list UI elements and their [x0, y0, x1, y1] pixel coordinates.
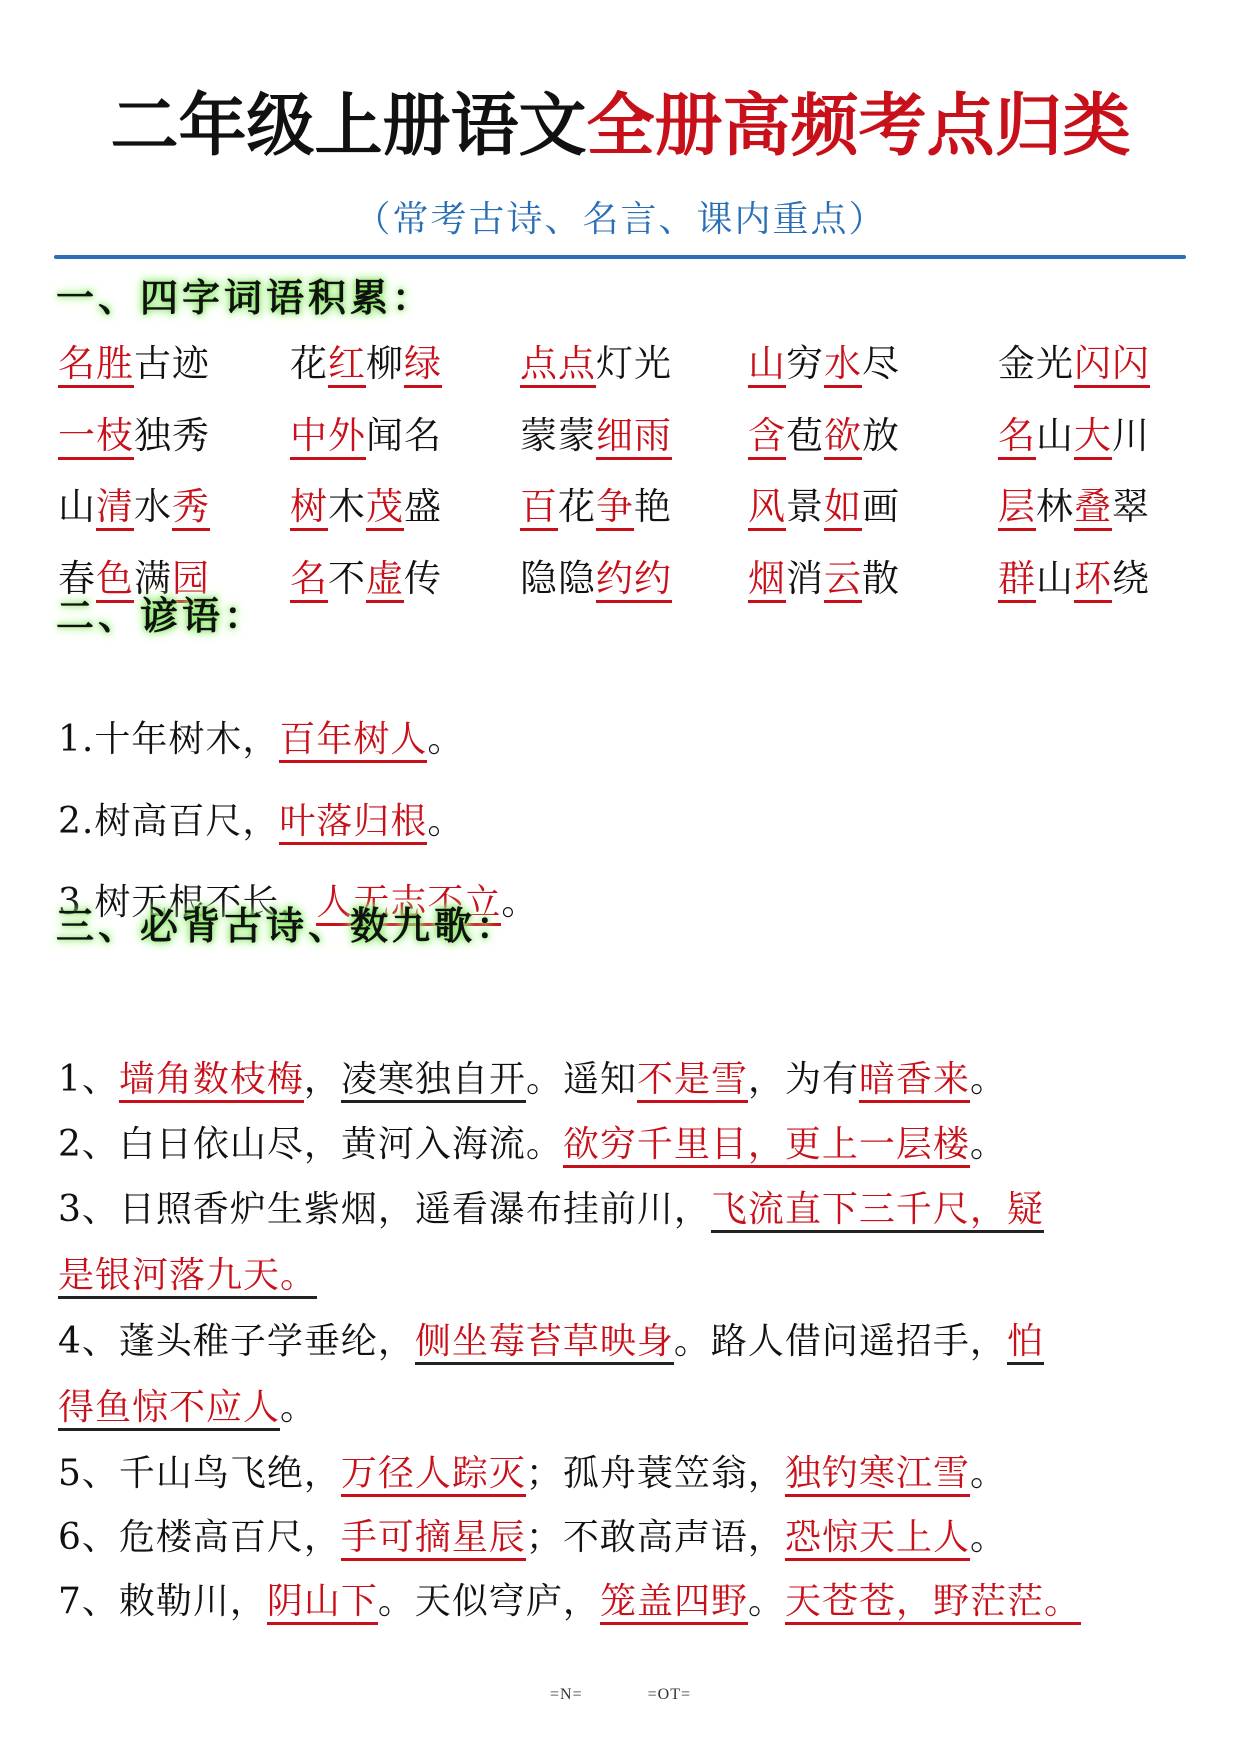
proverb-text: 。 — [427, 719, 464, 760]
idiom-text: 艳 — [634, 485, 672, 528]
idiom-item: 名不虚传 — [290, 549, 442, 609]
idiom-text: 画 — [862, 485, 900, 528]
idiom-text: 山 — [1036, 557, 1074, 600]
idiom-highlight: 虚 — [366, 557, 404, 603]
poem-highlight: 侧坐莓苔草映身 — [415, 1321, 674, 1365]
section-heading-proverbs: 二、谚语： — [56, 588, 266, 644]
idiom-text: 放 — [862, 414, 900, 457]
proverb-text: 。 — [427, 801, 464, 842]
idiom-highlight: 绿 — [404, 342, 442, 388]
idiom-highlight: 中外 — [290, 414, 366, 460]
poem-text: 7、敕勒川， — [58, 1581, 267, 1622]
idiom-highlight: 争 — [596, 485, 634, 531]
poem-text: 。 — [748, 1581, 785, 1622]
idiom-highlight: 群 — [998, 557, 1036, 603]
idiom-highlight: 如 — [824, 485, 862, 531]
poem-text: 。 — [280, 1387, 317, 1428]
poem-highlight: 阴山下 — [267, 1581, 378, 1625]
idiom-item: 风景如画 — [748, 477, 900, 537]
idiom-text: 尽 — [862, 342, 900, 385]
idiom-highlight: 名 — [290, 557, 328, 603]
idiom-item: 树木茂盛 — [290, 477, 442, 537]
poem-text: 。 — [970, 1517, 1007, 1558]
idiom-item: 含苞欲放 — [748, 406, 900, 466]
poem-text: ， — [304, 1059, 341, 1100]
poem-highlight: 不是雪 — [637, 1059, 748, 1103]
poem-line: 是银河落九天。 — [58, 1246, 317, 1306]
idiom-highlight: 秀 — [172, 485, 210, 531]
proverb-item: 1.十年树木，百年树人。 — [58, 710, 464, 770]
idiom-text: 不 — [328, 557, 366, 600]
idiom-text: 花 — [558, 485, 596, 528]
poem-line: 5、千山鸟飞绝，万径人踪灭；孤舟蓑笠翁，独钓寒江雪。 — [58, 1444, 1007, 1504]
title-black-part: 二年级上册语文 — [110, 87, 586, 166]
idiom-highlight: 细雨 — [596, 414, 672, 460]
poem-highlight: 独钓寒江雪 — [785, 1453, 970, 1497]
idiom-highlight: 欲 — [824, 414, 862, 460]
poem-text: 。遥知 — [526, 1059, 637, 1100]
idiom-item: 烟消云散 — [748, 549, 900, 609]
proverb-text: 2.树高百尺， — [58, 801, 279, 842]
poem-text: 。天似穹庐， — [378, 1581, 600, 1622]
poem-highlight: 凌寒独自开 — [341, 1059, 526, 1103]
poem-text: 。 — [970, 1059, 1007, 1100]
poem-text: ；孤舟蓑笠翁， — [526, 1453, 785, 1494]
idiom-text: 金光 — [998, 342, 1074, 385]
idiom-text: 消 — [786, 557, 824, 600]
poem-line: 3、日照香炉生紫烟，遥看瀑布挂前川，飞流直下三千尺，疑 — [58, 1180, 1044, 1240]
poem-highlight: 万径人踪灭 — [341, 1453, 526, 1497]
poem-highlight: 暗香来 — [859, 1059, 970, 1103]
idiom-text: 山 — [58, 485, 96, 528]
idiom-highlight: 大 — [1074, 414, 1112, 460]
idiom-item: 山清水秀 — [58, 477, 210, 537]
poem-highlight: 手可摘星辰 — [341, 1517, 526, 1561]
idiom-highlight: 云 — [824, 557, 862, 603]
section-heading-idioms: 一、四字词语积累： — [56, 270, 434, 326]
idiom-item: 点点灯光 — [520, 334, 672, 394]
idiom-text: 独秀 — [134, 414, 210, 457]
idiom-highlight: 百 — [520, 485, 558, 531]
poem-highlight: 欲穷千里目，更上一层楼 — [563, 1124, 970, 1168]
idiom-text: 盛 — [404, 485, 442, 528]
title-red-part: 全册高频考点归类 — [587, 87, 1131, 166]
poem-highlight: 恐惊天上人 — [785, 1517, 970, 1561]
idiom-highlight: 名 — [998, 414, 1036, 460]
idiom-text: 柳 — [366, 342, 404, 385]
idiom-item: 名胜古迹 — [58, 334, 210, 394]
poem-text: 5、千山鸟飞绝， — [58, 1453, 341, 1494]
page-footer: =N= =OT= — [0, 1686, 1241, 1704]
poem-line: 得鱼惊不应人。 — [58, 1378, 317, 1438]
idiom-text: 穷 — [786, 342, 824, 385]
idiom-text: 隐隐 — [520, 557, 596, 600]
poem-text: 2、白日依山尽，黄河入海流。 — [58, 1124, 563, 1165]
idiom-highlight: 环 — [1074, 557, 1112, 603]
page-title: 二年级上册语文全册高频考点归类 — [0, 82, 1241, 172]
poem-text: 。 — [970, 1453, 1007, 1494]
idiom-highlight: 烟 — [748, 557, 786, 603]
idiom-item: 隐隐约约 — [520, 549, 672, 609]
idiom-item: 层林叠翠 — [998, 477, 1150, 537]
idiom-item: 名山大川 — [998, 406, 1150, 466]
poem-text: 。路人借问遥招手， — [674, 1321, 1007, 1362]
poem-highlight: 飞流直下三千尺，疑 — [711, 1189, 1044, 1233]
poem-text: 6、危楼高百尺， — [58, 1517, 341, 1558]
poem-text: ；不敢高声语， — [526, 1517, 785, 1558]
proverb-highlight: 叶落归根 — [279, 801, 427, 845]
idiom-item: 花红柳绿 — [290, 334, 442, 394]
idiom-item: 蒙蒙细雨 — [520, 406, 672, 466]
idiom-text: 林 — [1036, 485, 1074, 528]
section-heading-poems: 三、必背古诗、数九歌： — [56, 898, 518, 954]
idiom-text: 川 — [1112, 414, 1150, 457]
subtitle: （常考古诗、名言、课内重点） — [0, 190, 1241, 250]
idiom-highlight: 含 — [748, 414, 786, 460]
idiom-highlight: 茂 — [366, 485, 404, 531]
idiom-text: 翠 — [1112, 485, 1150, 528]
idiom-text: 古迹 — [134, 342, 210, 385]
poem-line: 2、白日依山尽，黄河入海流。欲穷千里目，更上一层楼。 — [58, 1115, 1007, 1175]
idiom-item: 群山环绕 — [998, 549, 1150, 609]
proverb-text: 1.十年树木， — [58, 719, 279, 760]
poem-text: 4、蓬头稚子学垂纶， — [58, 1321, 415, 1362]
idiom-text: 传 — [404, 557, 442, 600]
idiom-item: 山穷水尽 — [748, 334, 900, 394]
idiom-highlight: 红 — [328, 342, 366, 388]
poem-highlight: 是银河落九天。 — [58, 1255, 317, 1299]
idiom-highlight: 名胜 — [58, 342, 134, 388]
idiom-highlight: 点点 — [520, 342, 596, 388]
idiom-text: 苞 — [786, 414, 824, 457]
idiom-item: 百花争艳 — [520, 477, 672, 537]
idiom-highlight: 一枝 — [58, 414, 134, 460]
poem-line: 4、蓬头稚子学垂纶，侧坐莓苔草映身。路人借问遥招手，怕 — [58, 1312, 1044, 1372]
divider — [54, 255, 1186, 259]
idiom-highlight: 叠 — [1074, 485, 1112, 531]
poem-text: 。 — [970, 1124, 1007, 1165]
idiom-text: 灯光 — [596, 342, 672, 385]
idiom-item: 一枝独秀 — [58, 406, 210, 466]
idiom-highlight: 层 — [998, 485, 1036, 531]
proverb-highlight: 百年树人 — [279, 719, 427, 763]
poem-highlight: 得鱼惊不应人 — [58, 1387, 280, 1431]
poem-line: 7、敕勒川，阴山下。天似穹庐，笼盖四野。天苍苍，野茫茫。 — [58, 1572, 1081, 1632]
idiom-text: 花 — [290, 342, 328, 385]
poem-text: 3、日照香炉生紫烟，遥看瀑布挂前川， — [58, 1189, 711, 1230]
proverb-item: 2.树高百尺，叶落归根。 — [58, 792, 464, 852]
poem-highlight: 天苍苍，野茫茫。 — [785, 1581, 1081, 1625]
idiom-highlight: 约约 — [596, 557, 672, 603]
poem-highlight: 笼盖四野 — [600, 1581, 748, 1625]
poem-line: 6、危楼高百尺，手可摘星辰；不敢高声语，恐惊天上人。 — [58, 1508, 1007, 1568]
idiom-text: 山 — [1036, 414, 1074, 457]
poem-line: 1、墙角数枝梅，凌寒独自开。遥知不是雪，为有暗香来。 — [58, 1050, 1007, 1110]
footer-mark-right: =OT= — [648, 1686, 691, 1704]
idiom-text: 木 — [328, 485, 366, 528]
idiom-highlight: 山 — [748, 342, 786, 388]
idiom-item: 中外闻名 — [290, 406, 442, 466]
idiom-item: 金光闪闪 — [998, 334, 1150, 394]
poem-text: 1、 — [58, 1059, 119, 1100]
idiom-text: 闻名 — [366, 414, 442, 457]
idiom-text: 水 — [134, 485, 172, 528]
poem-highlight: 怕 — [1007, 1321, 1044, 1365]
idiom-highlight: 树 — [290, 485, 328, 531]
poem-text: ，为有 — [748, 1059, 859, 1100]
idiom-text: 景 — [786, 485, 824, 528]
idiom-text: 蒙蒙 — [520, 414, 596, 457]
idiom-highlight: 水 — [824, 342, 862, 388]
poem-highlight: 墙角数枝梅 — [119, 1059, 304, 1103]
idiom-text: 绕 — [1112, 557, 1150, 600]
idiom-highlight: 风 — [748, 485, 786, 531]
idiom-highlight: 闪闪 — [1074, 342, 1150, 388]
footer-mark-left: =N= — [550, 1686, 583, 1704]
idiom-highlight: 清 — [96, 485, 134, 531]
idiom-text: 散 — [862, 557, 900, 600]
